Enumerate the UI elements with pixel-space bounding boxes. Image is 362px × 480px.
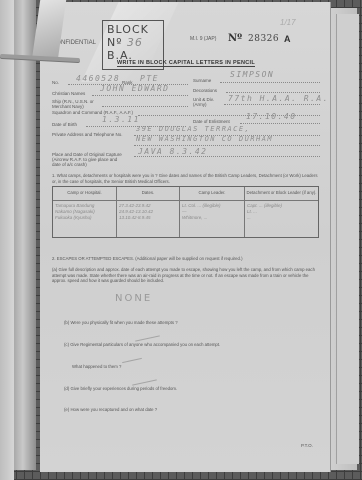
field-rule: [240, 123, 320, 124]
field-rule: [92, 95, 188, 96]
number-label: Nº: [228, 33, 242, 44]
unit-label: Unit & Div. (Army): [193, 97, 219, 107]
liberation-questionnaire-page: CONFIDENTIAL BLOCK Nº 36 B.A. 1/17 M.I. …: [40, 2, 330, 472]
enlistment-value: 17.10.40: [246, 112, 297, 121]
no-label: No.: [52, 80, 59, 85]
field-rule: [134, 145, 320, 146]
question-2e: (e) How were you recaptured and on what …: [64, 407, 157, 413]
stamp-number-value: 36: [127, 36, 143, 49]
capture-label: Place and Date of Original Capture (Airc…: [52, 152, 122, 167]
surname-value: SIMPSON: [230, 70, 274, 79]
pencil-dash: [132, 379, 157, 385]
question-2b: (b) Were you physically fit when you mad…: [64, 320, 178, 326]
document-number: 28326: [248, 34, 279, 44]
field-rule: [134, 135, 320, 136]
enlistment-label: Date of Enlistment: [193, 119, 230, 124]
pencil-dash: [122, 358, 142, 363]
question-2d: (d) Give briefly your experiences during…: [64, 386, 177, 392]
table-cell-leader: Lt. Col. ... (illegible) — Whitmore, ...: [180, 201, 245, 237]
christian-names-value: JOHN EDWARD: [100, 84, 169, 93]
table-header: Detachment or Block Leader (if any).: [245, 187, 318, 201]
unit-value: 77th H.A.A. R.A.: [228, 94, 329, 103]
decorations-label: Decorations: [193, 88, 217, 93]
address-line-2: NEW WASHINGTON CO DURHAM: [136, 135, 273, 143]
folder-edge: [0, 0, 14, 480]
answer-2a: NONE: [115, 293, 152, 304]
question-2c-followup: What happened to them ?: [72, 364, 121, 370]
underlying-page: [336, 14, 359, 464]
table-cell-detachment: Capt. ... (illegible) Lt. ... ...: [245, 201, 318, 237]
table-header: Camp Leader.: [180, 187, 245, 201]
pencil-dash: [135, 335, 160, 341]
rank-value: PTE: [140, 74, 159, 83]
table-cell-camp: Tamapura Bandung Nakamo (Nagasaki) Fukuo…: [53, 201, 117, 237]
stamp-line-2: Nº 36: [107, 36, 159, 49]
please-turn-over: P.T.O.: [301, 443, 313, 448]
table-cell-dates: 27.3.42-23.9.42 24.9.42-13.10.42 13.10.4…: [117, 201, 180, 237]
field-rule: [134, 156, 320, 157]
ship-label: Ship (R.N., U.S.N. or Merchant Navy): [52, 99, 102, 109]
table-header: Camp or Hospital.: [53, 187, 117, 201]
field-rule: [226, 92, 320, 93]
folder-spine: [14, 0, 36, 470]
question-2a: (a) Give full description and approx. da…: [52, 267, 320, 284]
field-rule: [224, 104, 320, 105]
stamp-number-prefix: Nº: [107, 36, 122, 49]
instruction-heading: WRITE IN BLOCK CAPITAL LETTERS IN PENCIL: [117, 60, 255, 67]
address-label: Private Address and Telephone No.: [52, 132, 122, 137]
field-rule: [220, 82, 320, 83]
dob-value: 1.3.11: [102, 115, 140, 124]
section-1-question: 1. What camps, detachments or hospitals …: [52, 173, 320, 184]
camps-table: Camp or Hospital. Dates. Camp Leader. De…: [52, 186, 319, 238]
dob-label: Date of Birth: [52, 122, 77, 127]
capture-value: JAVA 8.3.42: [138, 147, 207, 156]
address-line-1: 39E DOUGLAS TERRACE,: [136, 125, 250, 133]
stamp-line-1: BLOCK: [107, 23, 159, 36]
pencil-annotation: 1/17: [280, 18, 296, 27]
surname-label: Surname: [193, 78, 211, 83]
service-number-value: 4460528: [76, 74, 120, 83]
christian-names-label: Christian Names: [52, 91, 85, 96]
number-suffix: A: [284, 34, 291, 44]
section-2-title: 2. ESCAPES OR ATTEMPTED ESCAPES. (Additi…: [52, 256, 320, 262]
table-header: Dates.: [117, 187, 180, 201]
field-rule: [102, 106, 188, 107]
question-2c: (c) Give Regimental particulars of anyon…: [64, 342, 220, 348]
form-reference: M.I. 9 (JAP): [190, 36, 216, 42]
